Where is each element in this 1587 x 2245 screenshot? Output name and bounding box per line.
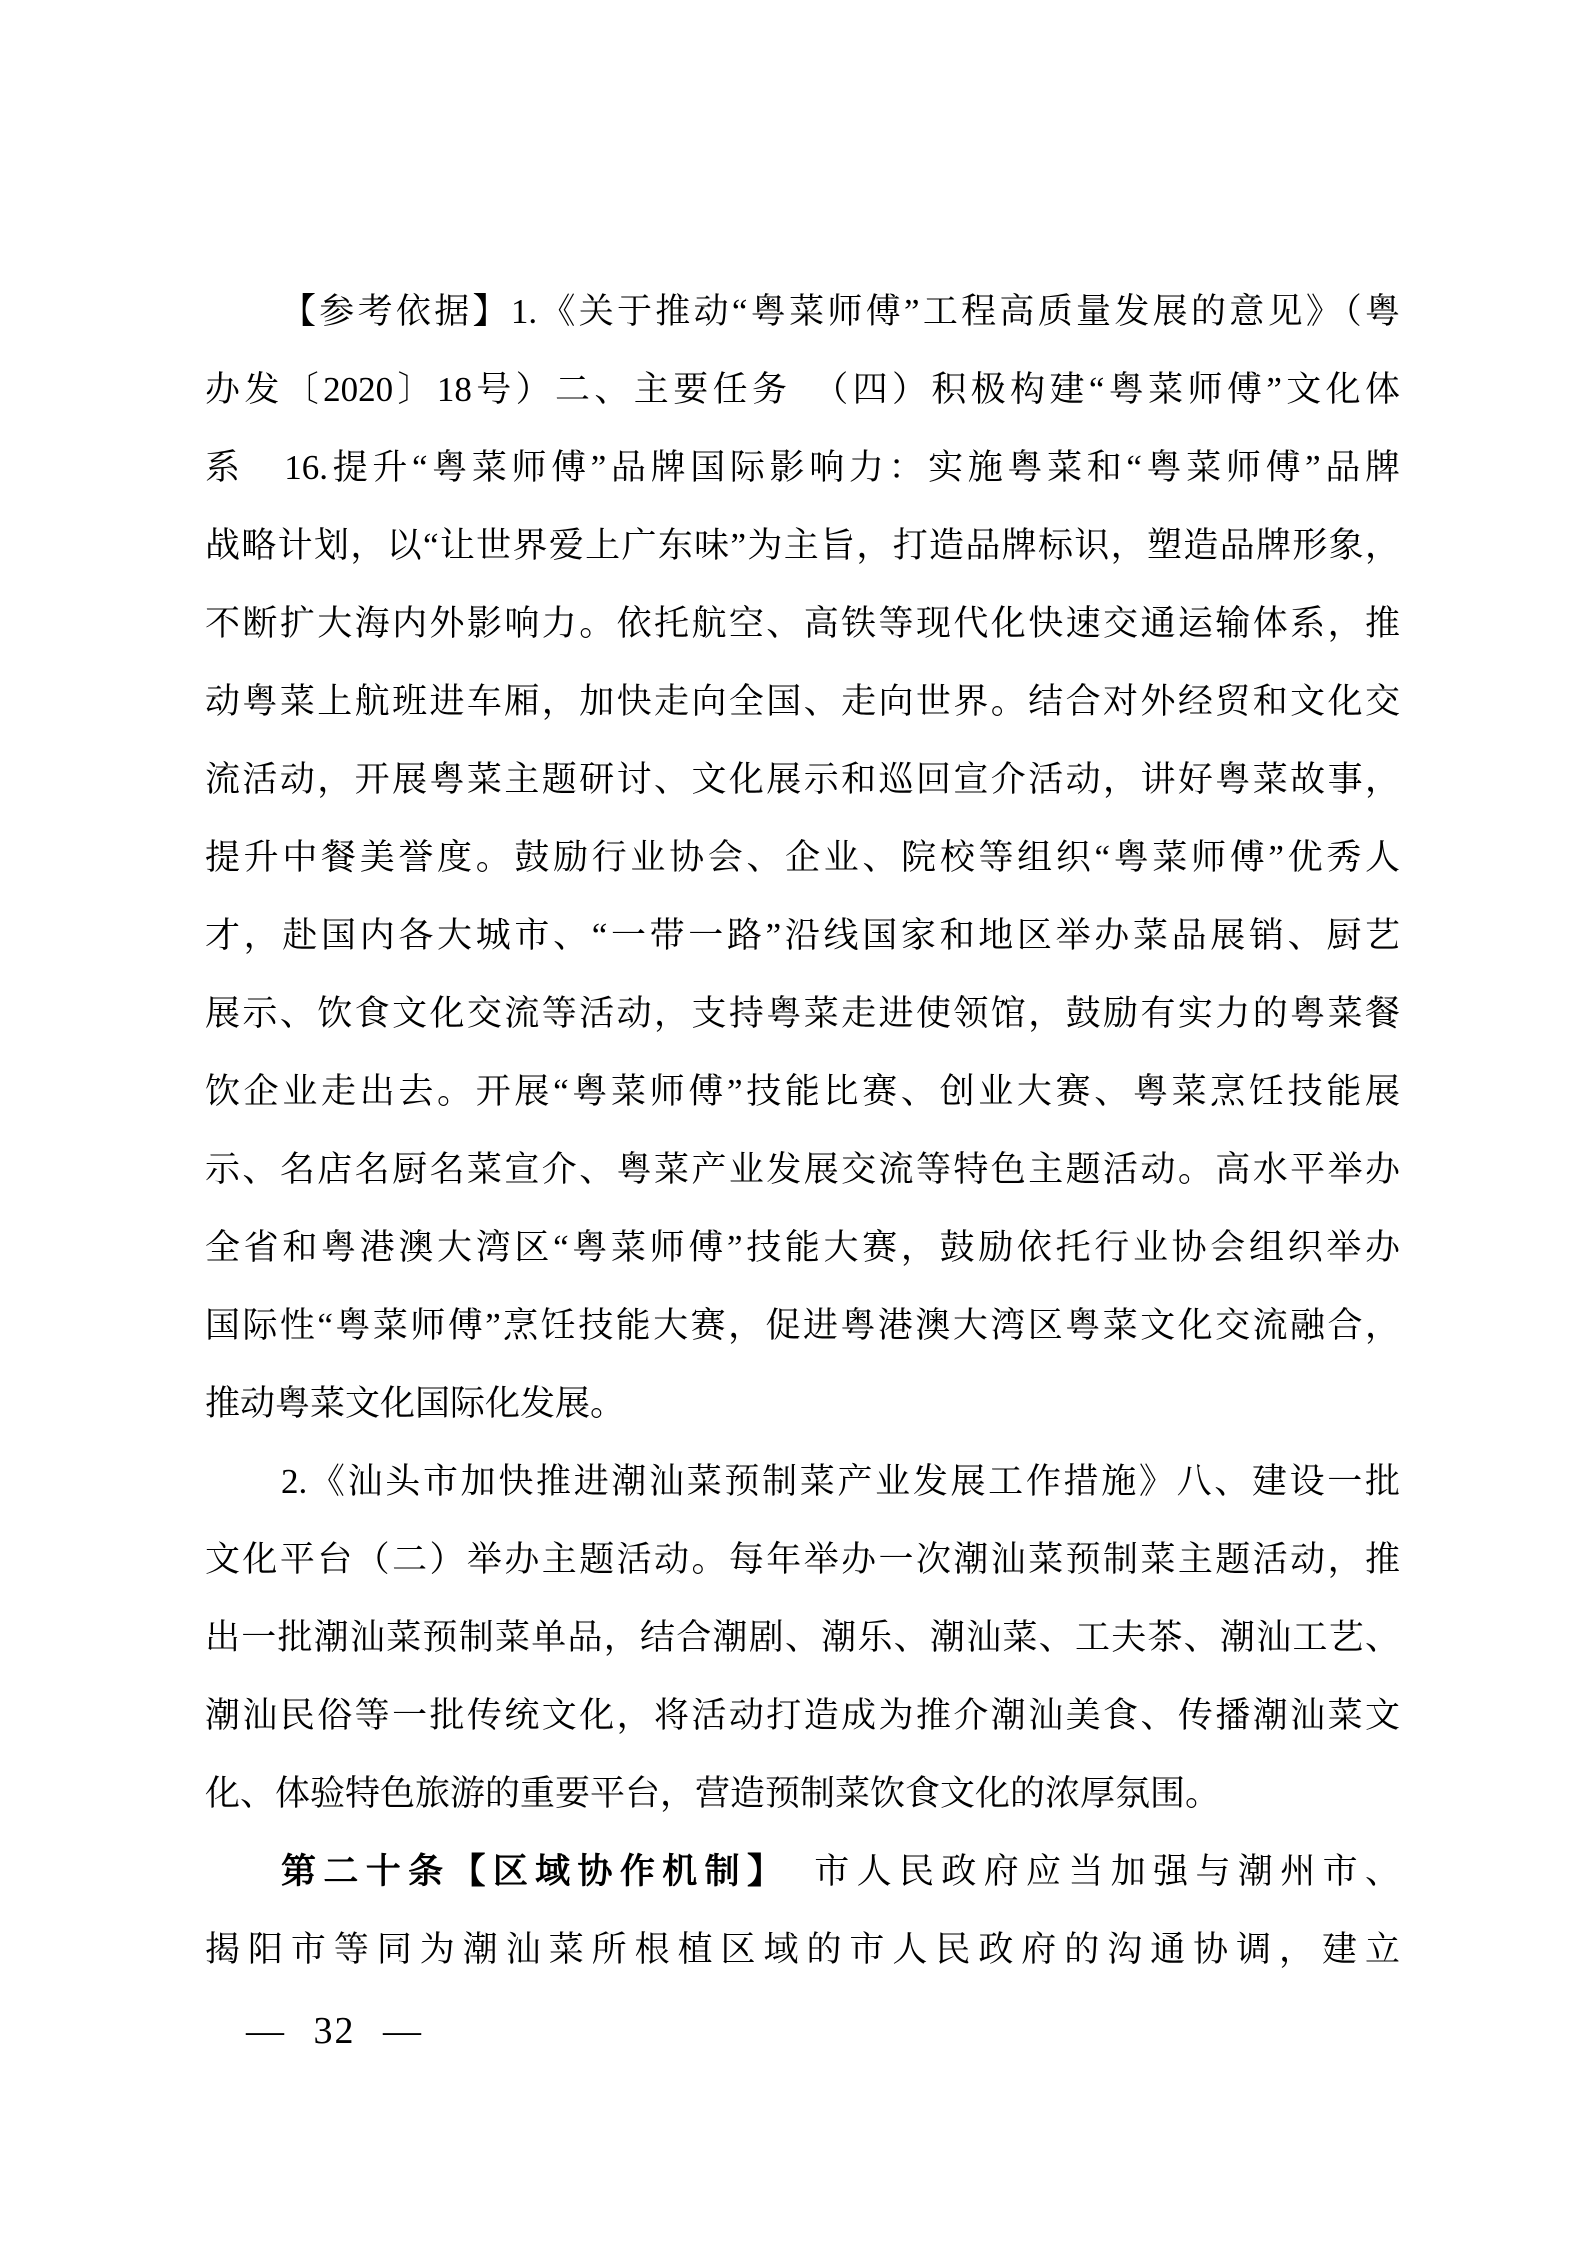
text-line: 系 16.提升“粤菜师傅”品牌国际影响力：实施粤菜和“粤菜师傅”品牌	[205, 429, 1400, 507]
text-line: 不断扩大海内外影响力。依托航空、高铁等现代化快速交通运输体系，推	[205, 585, 1400, 663]
document-body: 【参考依据】1.《关于推动“粤菜师傅”工程高质量发展的意见》（粤 办发〔2020…	[205, 273, 1400, 1989]
text-line: 全省和粤港澳大湾区“粤菜师傅”技能大赛，鼓励依托行业协会组织举办	[205, 1209, 1400, 1287]
text-line: 揭阳市等同为潮汕菜所根植区域的市人民政府的沟通协调，建立	[205, 1911, 1400, 1989]
text-line: 2.《汕头市加快推进潮汕菜预制菜产业发展工作措施》八、建设一批	[205, 1443, 1400, 1521]
article-heading-continuation: 市人民政府应当加强与潮州市、	[772, 1852, 1400, 1891]
document-page: 【参考依据】1.《关于推动“粤菜师傅”工程高质量发展的意见》（粤 办发〔2020…	[0, 0, 1587, 2245]
article-heading-line: 第二十条【区域协作机制】 市人民政府应当加强与潮州市、	[205, 1833, 1400, 1911]
text-line: 战略计划，以“让世界爱上广东味”为主旨，打造品牌标识，塑造品牌形象，	[205, 507, 1400, 585]
text-line: 办发〔2020〕18号）二、主要任务 （四）积极构建“粤菜师傅”文化体	[205, 351, 1400, 429]
text-line: 【参考依据】1.《关于推动“粤菜师傅”工程高质量发展的意见》（粤	[205, 273, 1400, 351]
text-line: 推动粤菜文化国际化发展。	[205, 1365, 1400, 1443]
text-line: 示、名店名厨名菜宣介、粤菜产业发展交流等特色主题活动。高水平举办	[205, 1131, 1400, 1209]
article-heading: 第二十条【区域协作机制】	[281, 1852, 772, 1891]
text-line: 才，赴国内各大城市、“一带一路”沿线国家和地区举办菜品展销、厨艺	[205, 897, 1400, 975]
text-line: 潮汕民俗等一批传统文化，将活动打造成为推介潮汕美食、传播潮汕菜文	[205, 1677, 1400, 1755]
page-number: — 32 —	[246, 2003, 423, 2059]
text-line: 饮企业走出去。开展“粤菜师傅”技能比赛、创业大赛、粤菜烹饪技能展	[205, 1053, 1400, 1131]
text-line: 动粤菜上航班进车厢，加快走向全国、走向世界。结合对外经贸和文化交	[205, 663, 1400, 741]
text-line: 文化平台（二）举办主题活动。每年举办一次潮汕菜预制菜主题活动，推	[205, 1521, 1400, 1599]
text-line: 出一批潮汕菜预制菜单品，结合潮剧、潮乐、潮汕菜、工夫茶、潮汕工艺、	[205, 1599, 1400, 1677]
text-line: 化、体验特色旅游的重要平台，营造预制菜饮食文化的浓厚氛围。	[205, 1755, 1400, 1833]
text-line: 展示、饮食文化交流等活动，支持粤菜走进使领馆，鼓励有实力的粤菜餐	[205, 975, 1400, 1053]
text-line: 国际性“粤菜师傅”烹饪技能大赛，促进粤港澳大湾区粤菜文化交流融合，	[205, 1287, 1400, 1365]
text-line: 提升中餐美誉度。鼓励行业协会、企业、院校等组织“粤菜师傅”优秀人	[205, 819, 1400, 897]
text-line: 流活动，开展粤菜主题研讨、文化展示和巡回宣介活动，讲好粤菜故事，	[205, 741, 1400, 819]
